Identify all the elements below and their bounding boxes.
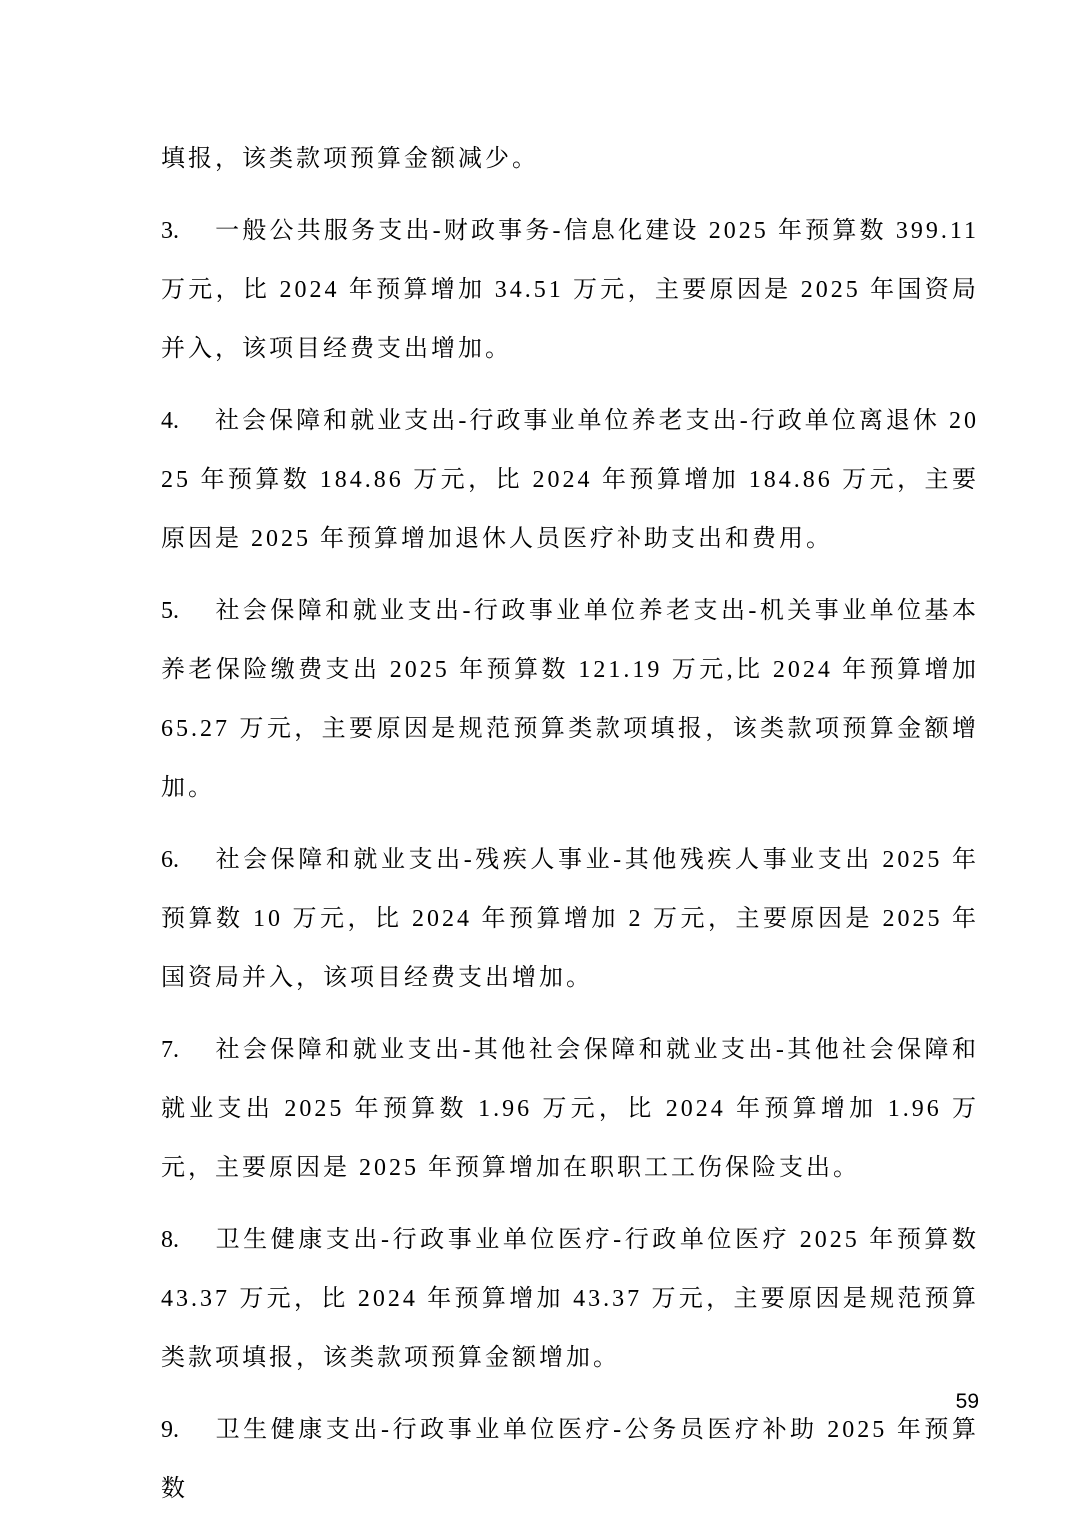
list-item-7: 7.社会保障和就业支出-其他社会保障和就业支出-其他社会保障和就业支出 2025…: [161, 1021, 979, 1198]
page-number: 59: [956, 1390, 979, 1413]
list-item-7-text: 社会保障和就业支出-其他社会保障和就业支出-其他社会保障和就业支出 2025 年…: [161, 1037, 979, 1181]
list-item-8-text: 卫生健康支出-行政事业单位医疗-行政单位医疗 2025 年预算数 43.37 万…: [161, 1227, 979, 1371]
document-body: 填报，该类款项预算金额减少。 3.一般公共服务支出-财政事务-信息化建设 202…: [161, 130, 979, 1519]
list-item-5-text: 社会保障和就业支出-行政事业单位养老支出-机关事业单位基本养老保险缴费支出 20…: [161, 598, 979, 801]
list-item-4-text: 社会保障和就业支出-行政事业单位养老支出-行政单位离退休 2025 年预算数 1…: [161, 408, 979, 552]
list-item-5-marker: 5.: [161, 582, 215, 641]
list-item-8: 8.卫生健康支出-行政事业单位医疗-行政单位医疗 2025 年预算数 43.37…: [161, 1211, 979, 1388]
list-item-3: 3.一般公共服务支出-财政事务-信息化建设 2025 年预算数 399.11 万…: [161, 202, 979, 379]
paragraph-continuation: 填报，该类款项预算金额减少。: [161, 130, 979, 189]
list-item-6: 6.社会保障和就业支出-残疾人事业-其他残疾人事业支出 2025 年预算数 10…: [161, 831, 979, 1008]
list-item-8-marker: 8.: [161, 1211, 215, 1270]
list-item-9: 9.卫生健康支出-行政事业单位医疗-公务员医疗补助 2025 年预算数: [161, 1401, 979, 1519]
list-item-6-text: 社会保障和就业支出-残疾人事业-其他残疾人事业支出 2025 年预算数 10 万…: [161, 847, 979, 991]
list-item-7-marker: 7.: [161, 1021, 215, 1080]
list-item-6-marker: 6.: [161, 831, 215, 890]
document-page: 填报，该类款项预算金额减少。 3.一般公共服务支出-财政事务-信息化建设 202…: [0, 0, 1074, 1520]
list-item-3-marker: 3.: [161, 202, 215, 261]
list-item-3-text: 一般公共服务支出-财政事务-信息化建设 2025 年预算数 399.11 万元，…: [161, 218, 979, 362]
list-item-5: 5.社会保障和就业支出-行政事业单位养老支出-机关事业单位基本养老保险缴费支出 …: [161, 582, 979, 818]
list-item-4: 4.社会保障和就业支出-行政事业单位养老支出-行政单位离退休 2025 年预算数…: [161, 392, 979, 569]
list-item-9-text: 卫生健康支出-行政事业单位医疗-公务员医疗补助 2025 年预算数: [161, 1417, 979, 1502]
list-item-4-marker: 4.: [161, 392, 215, 451]
page-footer: 59: [161, 1390, 979, 1414]
